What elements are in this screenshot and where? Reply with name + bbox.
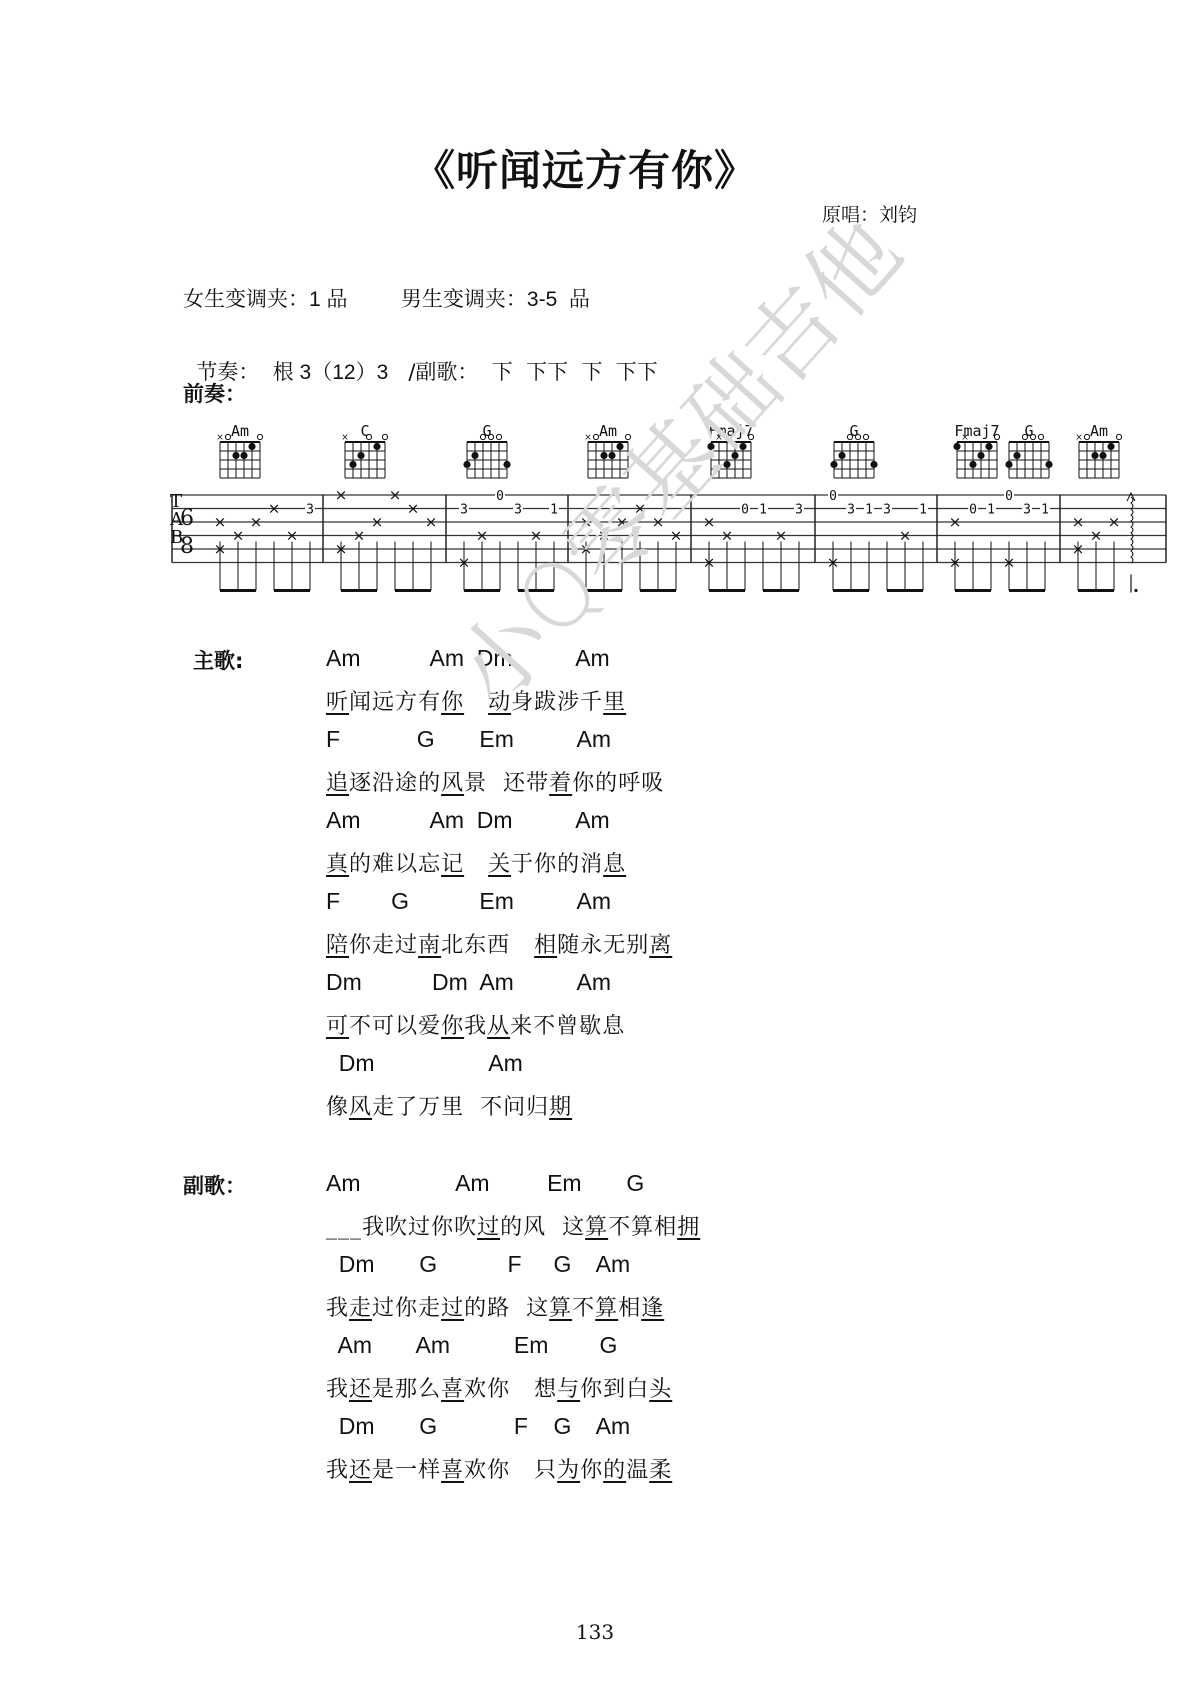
tab-measure: ××010×31: [949, 487, 1050, 591]
intro-tablature: Am×C×GAm×Fmaj7×GFmaj7×GAm× TAB68××××××3×…: [0, 400, 1190, 600]
verse-chord-line: Dm Dm Am Am: [326, 969, 672, 1009]
svg-text:3: 3: [514, 503, 522, 518]
male-capo-label: 男生变调夹：: [401, 287, 527, 311]
singer-label: 原唱：: [822, 204, 879, 226]
svg-text:1: 1: [550, 503, 558, 518]
svg-text:C: C: [360, 422, 369, 440]
svg-text:1: 1: [1041, 503, 1049, 518]
chord-diagrams: Am×C×GAm×Fmaj7×GFmaj7×GAm×: [216, 422, 1121, 478]
svg-text:0: 0: [829, 489, 837, 504]
page-number: 133: [0, 1620, 1190, 1644]
svg-text:×: ×: [371, 513, 384, 531]
svg-text:×: ×: [949, 513, 962, 531]
chorus-chord-line: Am Am Em G: [326, 1332, 700, 1372]
svg-text:×: ×: [407, 500, 420, 518]
svg-text:×: ×: [425, 513, 438, 531]
tab-measure: ×××××××: [335, 486, 438, 591]
svg-text:1: 1: [865, 503, 873, 518]
svg-text:×: ×: [389, 486, 402, 504]
chord-diagram-g: G: [830, 422, 877, 478]
svg-text:×: ×: [216, 433, 224, 443]
verse-chord-line: Dm Am: [326, 1050, 672, 1090]
svg-text:Am: Am: [599, 422, 617, 440]
svg-text:×: ×: [335, 486, 348, 504]
tab-measure: ××××××3: [214, 500, 315, 591]
chorus-rhythm-label: /副歌：: [408, 360, 478, 384]
chord-diagram-fmaj7: Fmaj7×: [953, 422, 999, 478]
svg-text:×: ×: [1108, 513, 1121, 531]
svg-text:×: ×: [580, 513, 593, 531]
svg-text:×: ×: [961, 433, 969, 443]
svg-text:×: ×: [715, 433, 723, 443]
chord-diagram-am: Am×: [584, 422, 630, 478]
svg-text:0: 0: [969, 503, 977, 518]
svg-text:3: 3: [883, 503, 891, 518]
svg-text:0: 0: [741, 503, 749, 518]
verse-label: 主歌:: [193, 645, 243, 675]
chord-diagram-g: G: [463, 422, 510, 478]
female-capo-label: 女生变调夹：: [183, 287, 309, 311]
tab-measure: ××××: [1072, 513, 1121, 591]
svg-text:×: ×: [268, 500, 281, 518]
chorus-chord-line: Dm G F G Am: [326, 1251, 700, 1291]
svg-text:1: 1: [759, 503, 767, 518]
svg-text:×: ×: [214, 513, 227, 531]
chord-diagram-am: Am×: [216, 422, 262, 478]
verse-lyric-line: 可不可以爱你我从来不曾歇息: [326, 1009, 672, 1050]
verse-chord-line: Am Am Dm Am: [326, 645, 672, 685]
chord-diagram-fmaj7: Fmaj7×: [707, 422, 753, 478]
verse-lyric-line: 听闻远方有你 动身跋涉千里: [326, 685, 672, 726]
capo-info: 女生变调夹：1 品 男生变调夹：3-5 品: [183, 283, 590, 313]
female-capo-value: 1 品: [309, 288, 348, 311]
svg-text:3: 3: [306, 503, 314, 518]
svg-text:1: 1: [919, 503, 927, 518]
verse-chord-line: Am Am Dm Am: [326, 807, 672, 847]
svg-text:8: 8: [180, 534, 194, 559]
svg-text:×: ×: [584, 433, 592, 443]
svg-text:×: ×: [703, 513, 716, 531]
svg-text:×: ×: [1075, 433, 1083, 443]
chorus-chord-line: Am Am Em G: [326, 1170, 700, 1210]
svg-text:6: 6: [180, 506, 194, 531]
verse-chord-line: F G Em Am: [326, 888, 672, 928]
chorus-label: 副歌：: [183, 1170, 246, 1200]
verse-block: Am Am Dm Am听闻远方有你 动身跋涉千里F G Em Am追逐沿途的风景…: [326, 645, 672, 1131]
chorus-chord-line: Dm G F G Am: [326, 1413, 700, 1453]
svg-text:×: ×: [341, 433, 349, 443]
verse-lyric-line: 追逐沿途的风景 还带着你的呼吸: [326, 766, 672, 807]
svg-text:Am: Am: [231, 422, 249, 440]
chorus-lyric-line: 我走过你走过的路 这算不算相逢: [326, 1291, 700, 1332]
song-title: 《听闻远方有你》: [0, 138, 1190, 198]
chorus-rhythm-pattern: 下 下下 下 下下: [492, 360, 658, 384]
tab-measure: 0×313×1: [827, 487, 928, 591]
svg-text:3: 3: [847, 503, 855, 518]
verse-lyric-line: 像风走了万里 不问归期: [326, 1090, 672, 1131]
svg-text:1: 1: [987, 503, 995, 518]
svg-text:×: ×: [634, 500, 647, 518]
svg-text:G: G: [849, 422, 858, 440]
verse-chord-line: F G Em Am: [326, 726, 672, 766]
chord-diagram-c: C×: [341, 422, 387, 478]
tab-staff: TAB68××××××3×××××××3××03×1××××××××××01×3…: [169, 486, 1166, 593]
svg-text:3: 3: [1023, 503, 1031, 518]
tab-measure: 3××03×1: [458, 487, 559, 591]
svg-text:G: G: [1024, 422, 1033, 440]
original-singer: 原唱：刘钧: [822, 200, 917, 227]
svg-text:3: 3: [460, 503, 468, 518]
chorus-block: Am Am Em G___我吹过你吹过的风 这算不算相拥 Dm G F G Am…: [326, 1170, 700, 1494]
svg-text:×: ×: [250, 513, 263, 531]
singer-name: 刘钧: [879, 204, 917, 226]
svg-text:0: 0: [496, 489, 504, 504]
svg-text:×: ×: [1072, 513, 1085, 531]
svg-text:0: 0: [1005, 489, 1013, 504]
svg-text:Am: Am: [1090, 422, 1108, 440]
chord-diagram-g: G: [1005, 422, 1052, 478]
tab-measure: ×××××××: [580, 500, 683, 591]
chorus-lyric-line: 我还是一样喜欢你 只为你的温柔: [326, 1453, 700, 1494]
tab-measure: ×××01×3: [703, 501, 804, 591]
rhythm-info: 节奏： 根 3（12）3 /副歌： 下 下下 下 下下: [183, 332, 658, 386]
verse-rhythm-pattern: 根 3（12）3: [273, 361, 389, 384]
chorus-lyric-line: ___我吹过你吹过的风 这算不算相拥: [326, 1210, 700, 1251]
male-capo-value: 3-5 品: [527, 288, 590, 311]
svg-text:3: 3: [795, 503, 803, 518]
chorus-lyric-line: 我还是那么喜欢你 想与你到白头: [326, 1372, 700, 1413]
svg-text:×: ×: [616, 513, 629, 531]
verse-lyric-line: 真的难以忘记 关于你的消息: [326, 847, 672, 888]
svg-text:G: G: [482, 422, 491, 440]
chord-diagram-am: Am×: [1075, 422, 1121, 478]
verse-lyric-line: 陪你走过南北东西 相随永无别离: [326, 928, 672, 969]
svg-text:×: ×: [652, 513, 665, 531]
